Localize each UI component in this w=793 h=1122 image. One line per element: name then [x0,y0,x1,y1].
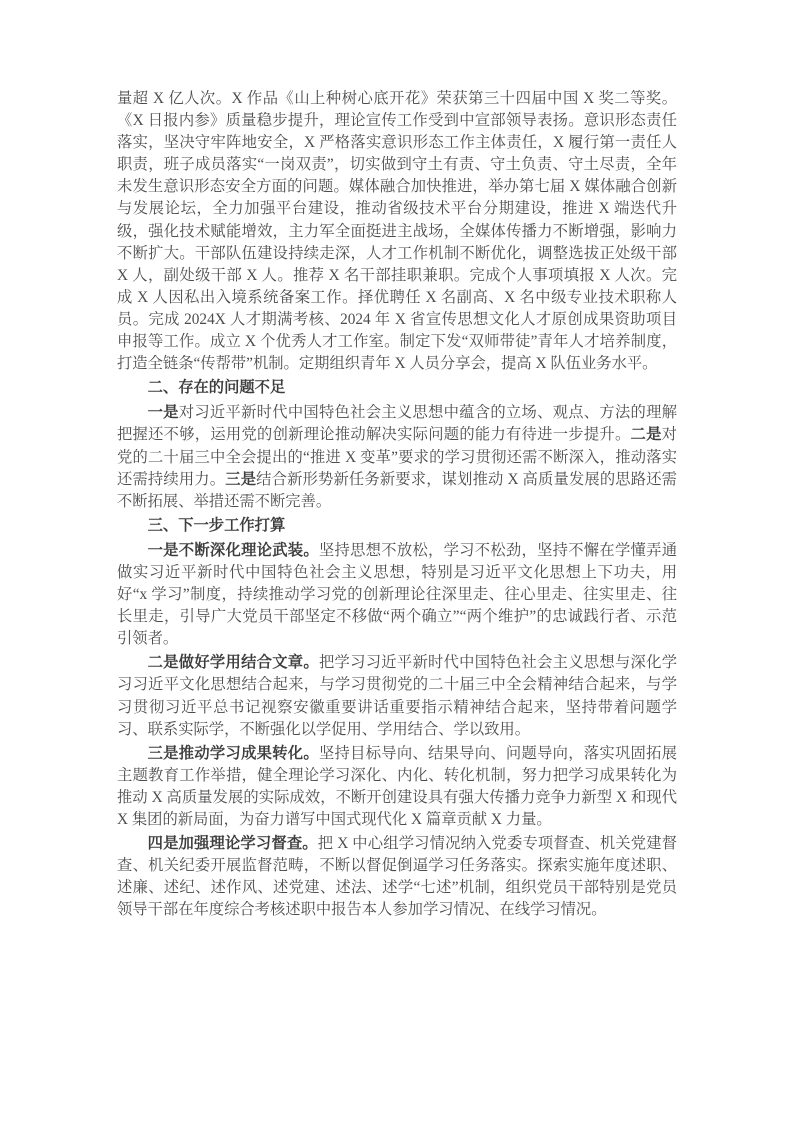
text-run: 对习近平新时代中国特色社会主义思想中蕴含的立场、观点、方法的理解把握还不够，运用… [117,404,677,443]
bold-text-run: 二、存在的问题不足 [148,379,286,396]
paragraph: 二是做好学用结合文章。把学习习近平新时代中国特色社会主义思想与深化学习习近平文化… [117,652,677,740]
bold-text-run: 二是 [631,426,662,443]
bold-text-run: 三是 [225,471,256,488]
section-heading: 二、存在的问题不足 [117,377,677,399]
text-run: 量超 X 亿人次。X 作品《山上种树心底开花》荣获第三十四届中国 X 奖二等奖。… [117,90,677,372]
paragraph: 三是推动学习成果转化。坚持目标导向、结果导向、问题导向，落实巩固拓展主题教育工作… [117,743,677,831]
paragraph: 一是不断深化理论武装。坚持思想不放松，学习不松劲，坚持不懈在学懂弄通做实习近平新… [117,540,677,650]
bold-text-run: 一是不断深化理论武装。 [148,542,319,559]
section-heading: 三、下一步工作打算 [117,515,677,537]
bold-text-run: 四是加强理论学习督查。 [148,835,318,852]
bold-text-run: 二是做好学用结合文章。 [148,654,319,671]
bold-text-run: 三是推动学习成果转化。 [148,745,319,762]
document-page: 量超 X 亿人次。X 作品《山上种树心底开花》荣获第三十四届中国 X 奖二等奖。… [0,0,793,1122]
bold-text-run: 一是 [148,404,179,421]
bold-text-run: 三、下一步工作打算 [148,517,286,534]
paragraph: 四是加强理论学习督查。把 X 中心组学习情况纳入党委专项督查、机关党建督查、机关… [117,833,677,921]
paragraph: 量超 X 亿人次。X 作品《山上种树心底开花》荣获第三十四届中国 X 奖二等奖。… [117,88,677,375]
document-body: 量超 X 亿人次。X 作品《山上种树心底开花》荣获第三十四届中国 X 奖二等奖。… [117,88,677,921]
paragraph: 一是对习近平新时代中国特色社会主义思想中蕴含的立场、观点、方法的理解把握还不够，… [117,402,677,512]
